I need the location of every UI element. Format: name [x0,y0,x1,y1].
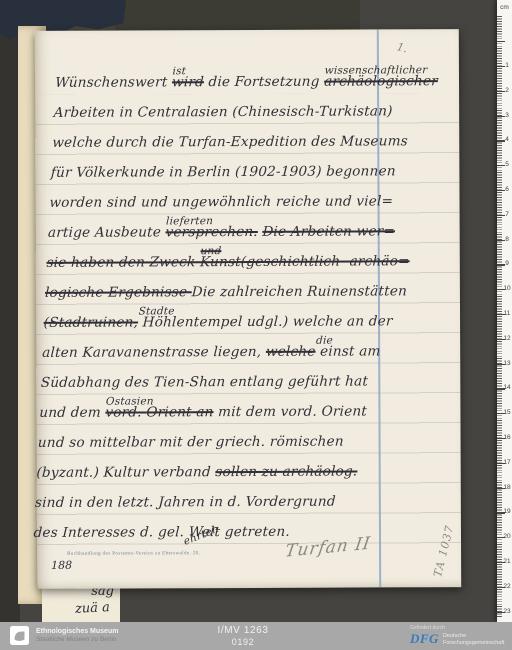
ruler-label: 14 [502,384,512,391]
handwriting-text: mit dem vord. Orient [213,403,367,420]
inserted-word: ist [172,65,173,77]
manuscript-line: Arbeiten in Centralasien (Chinesisch-Tur… [53,103,392,134]
handwriting-text: Südabhang des Tien-Shan entlang geführt … [40,373,368,390]
dfg-name-line2: Forschungsgemeinschaft [443,640,504,647]
inserted-word: Stadte [138,305,139,317]
ruler-label: 16 [502,434,512,441]
manuscript-line: und so mittelbar mit der griech. römisch… [37,433,376,464]
dfg-acronym: DFG [410,633,439,645]
ruler-label: 7 [502,211,512,218]
inserted-word: ehrten [182,537,186,548]
ruler-label: 18 [502,484,512,491]
dfg-name-line1: Deutsche [443,633,504,640]
manuscript-line: Wünschenswert istwird die Fortsetzung wi… [54,73,393,104]
inserted-word: Ostasien [106,396,107,408]
ruler-label: 23 [502,608,512,615]
handwriting-text: und dem [39,405,106,421]
dfg-logo: DFG Deutsche Forschungsgemeinschaft [410,633,504,646]
handwriting-text: Die zahlreichen Ruinenstätten [191,283,407,300]
manuscript-line: Südabhang des Tien-Shan entlang geführt … [40,373,379,404]
ruler-label: 20 [502,533,512,540]
ruler-label: 15 [502,409,512,416]
ruler-unit-label: cm [497,4,512,11]
backdrop-shadow [115,0,360,30]
handwriting-text: Arbeiten in Centralasien (Chinesisch-Tur… [53,103,393,120]
manuscript-line: für Völkerkunde in Berlin (1902-1903) be… [50,163,389,194]
ruler-label: 8 [502,236,512,243]
manuscript-lines: Wünschenswert istwird die Fortsetzung wi… [32,73,393,555]
struck-text: welche [265,344,315,360]
footer-bar: Ethnologisches Museum Staatliche Museen … [0,622,512,650]
manuscript-line: sind in den letzt. Jahren in d. Vordergr… [34,493,373,524]
handwriting-text: alten Karavanenstrasse liegen, [42,344,266,361]
manuscript-page: 1. Wünschenswert istwird die Fortsetzung… [35,29,461,589]
under-sheet-fragment: zuä a [75,600,111,617]
inserted-word: wissenschaftlicher [324,65,325,77]
manuscript-line: alten Karavanenstrasse liegen, welchedie… [41,343,380,374]
cm-ruler: cm 1234567891011121314151617181920212223 [497,0,512,622]
inserted-word: und [200,245,201,257]
struck-text: logische Ergebnisse [45,284,192,301]
ruler-label: 3 [502,112,512,119]
dfg-branding: Gefördert durch DFG Deutsche Forschungsg… [410,625,504,646]
dfg-full-name: Deutsche Forschungsgemeinschaft [443,633,504,646]
manuscript-line: (byzant.) Kultur verband sollen zu archä… [35,463,374,494]
ruler-label: 17 [502,459,512,466]
struck-text: Orient an [146,404,214,420]
ruler-cm-tick [497,41,505,42]
ruler-label: 4 [502,136,512,143]
ruler-label: 12 [502,335,512,342]
handwriting-text: Wünschenswert [55,74,173,91]
struck-text: (Stadtruinen, [43,314,138,330]
ruler-mm-ticks [497,16,502,617]
manuscript-line: sie haben den Zweck undKunst(geschichtli… [45,253,384,284]
ruler-label: 6 [502,186,512,193]
ruler-label: 1 [502,62,512,69]
handwriting-text: (byzant.) Kultur verband [36,464,216,481]
struck-text: sie haben den Zweck [46,254,200,271]
manuscript-line: worden sind und ungewöhnlich reiche und … [48,193,387,224]
struck-text: Die Arbeiten wer= [262,223,395,240]
handwriting-text: die Fortsetzung [204,74,325,91]
handwriting-text: welche durch die Turfan-Expedition des M… [52,133,408,151]
ruler-label: 2 [502,87,512,94]
page-number: 188 [51,559,72,572]
ruler-label: 19 [502,508,512,515]
underlying-sheet: sag zuä a [42,584,120,624]
handwriting-text: des Interesses d. gel. [33,524,184,541]
scan-viewer: sag zuä a 1. Wünschenswert istwird die F… [0,0,512,650]
pencil-folio-mark: 1. [395,40,408,55]
struck-text: sollen zu archäolog. [215,464,358,481]
struck-text: Kunst(geschichtlich- archäo= [200,253,410,270]
pencil-side-label: TA 1037 [431,524,456,579]
printed-stationery-stamp: Buchhandlung des Postamts-Vereins zu Ebe… [67,551,200,557]
manuscript-line: und dem Ostasienvord. Orient an mit dem … [38,403,377,434]
ruler-label: 21 [502,558,512,565]
ruler-label: 13 [502,360,512,367]
handwriting-text: Höhlentempel udgl.) welche an der [138,313,393,330]
manuscript-line: logische Ergebnisse Die zahlreichen Ruin… [44,283,383,314]
manuscript-line: welche durch die Turfan-Expedition des M… [51,133,390,164]
ruler-label: 10 [502,285,512,292]
handwriting-text: sind in den letzt. Jahren in d. Vordergr… [35,494,336,511]
backdrop-left-edge [0,0,20,650]
handwriting-text: artige Ausbeute [48,224,166,241]
handwriting-text: für Völkerkunde in Berlin (1902-1903) be… [50,163,396,181]
ruler-label: 9 [502,260,512,267]
ruler-label: 5 [502,161,512,168]
inserted-word: die [316,335,317,347]
ruler-label: 22 [502,583,512,590]
handwriting-text: worden sind und ungewöhnlich reiche und … [49,193,393,211]
ruler-label: 11 [502,310,512,317]
inserted-word: lieferten [166,215,167,227]
handwriting-text: und so mittelbar mit der griech. römisch… [37,434,344,451]
